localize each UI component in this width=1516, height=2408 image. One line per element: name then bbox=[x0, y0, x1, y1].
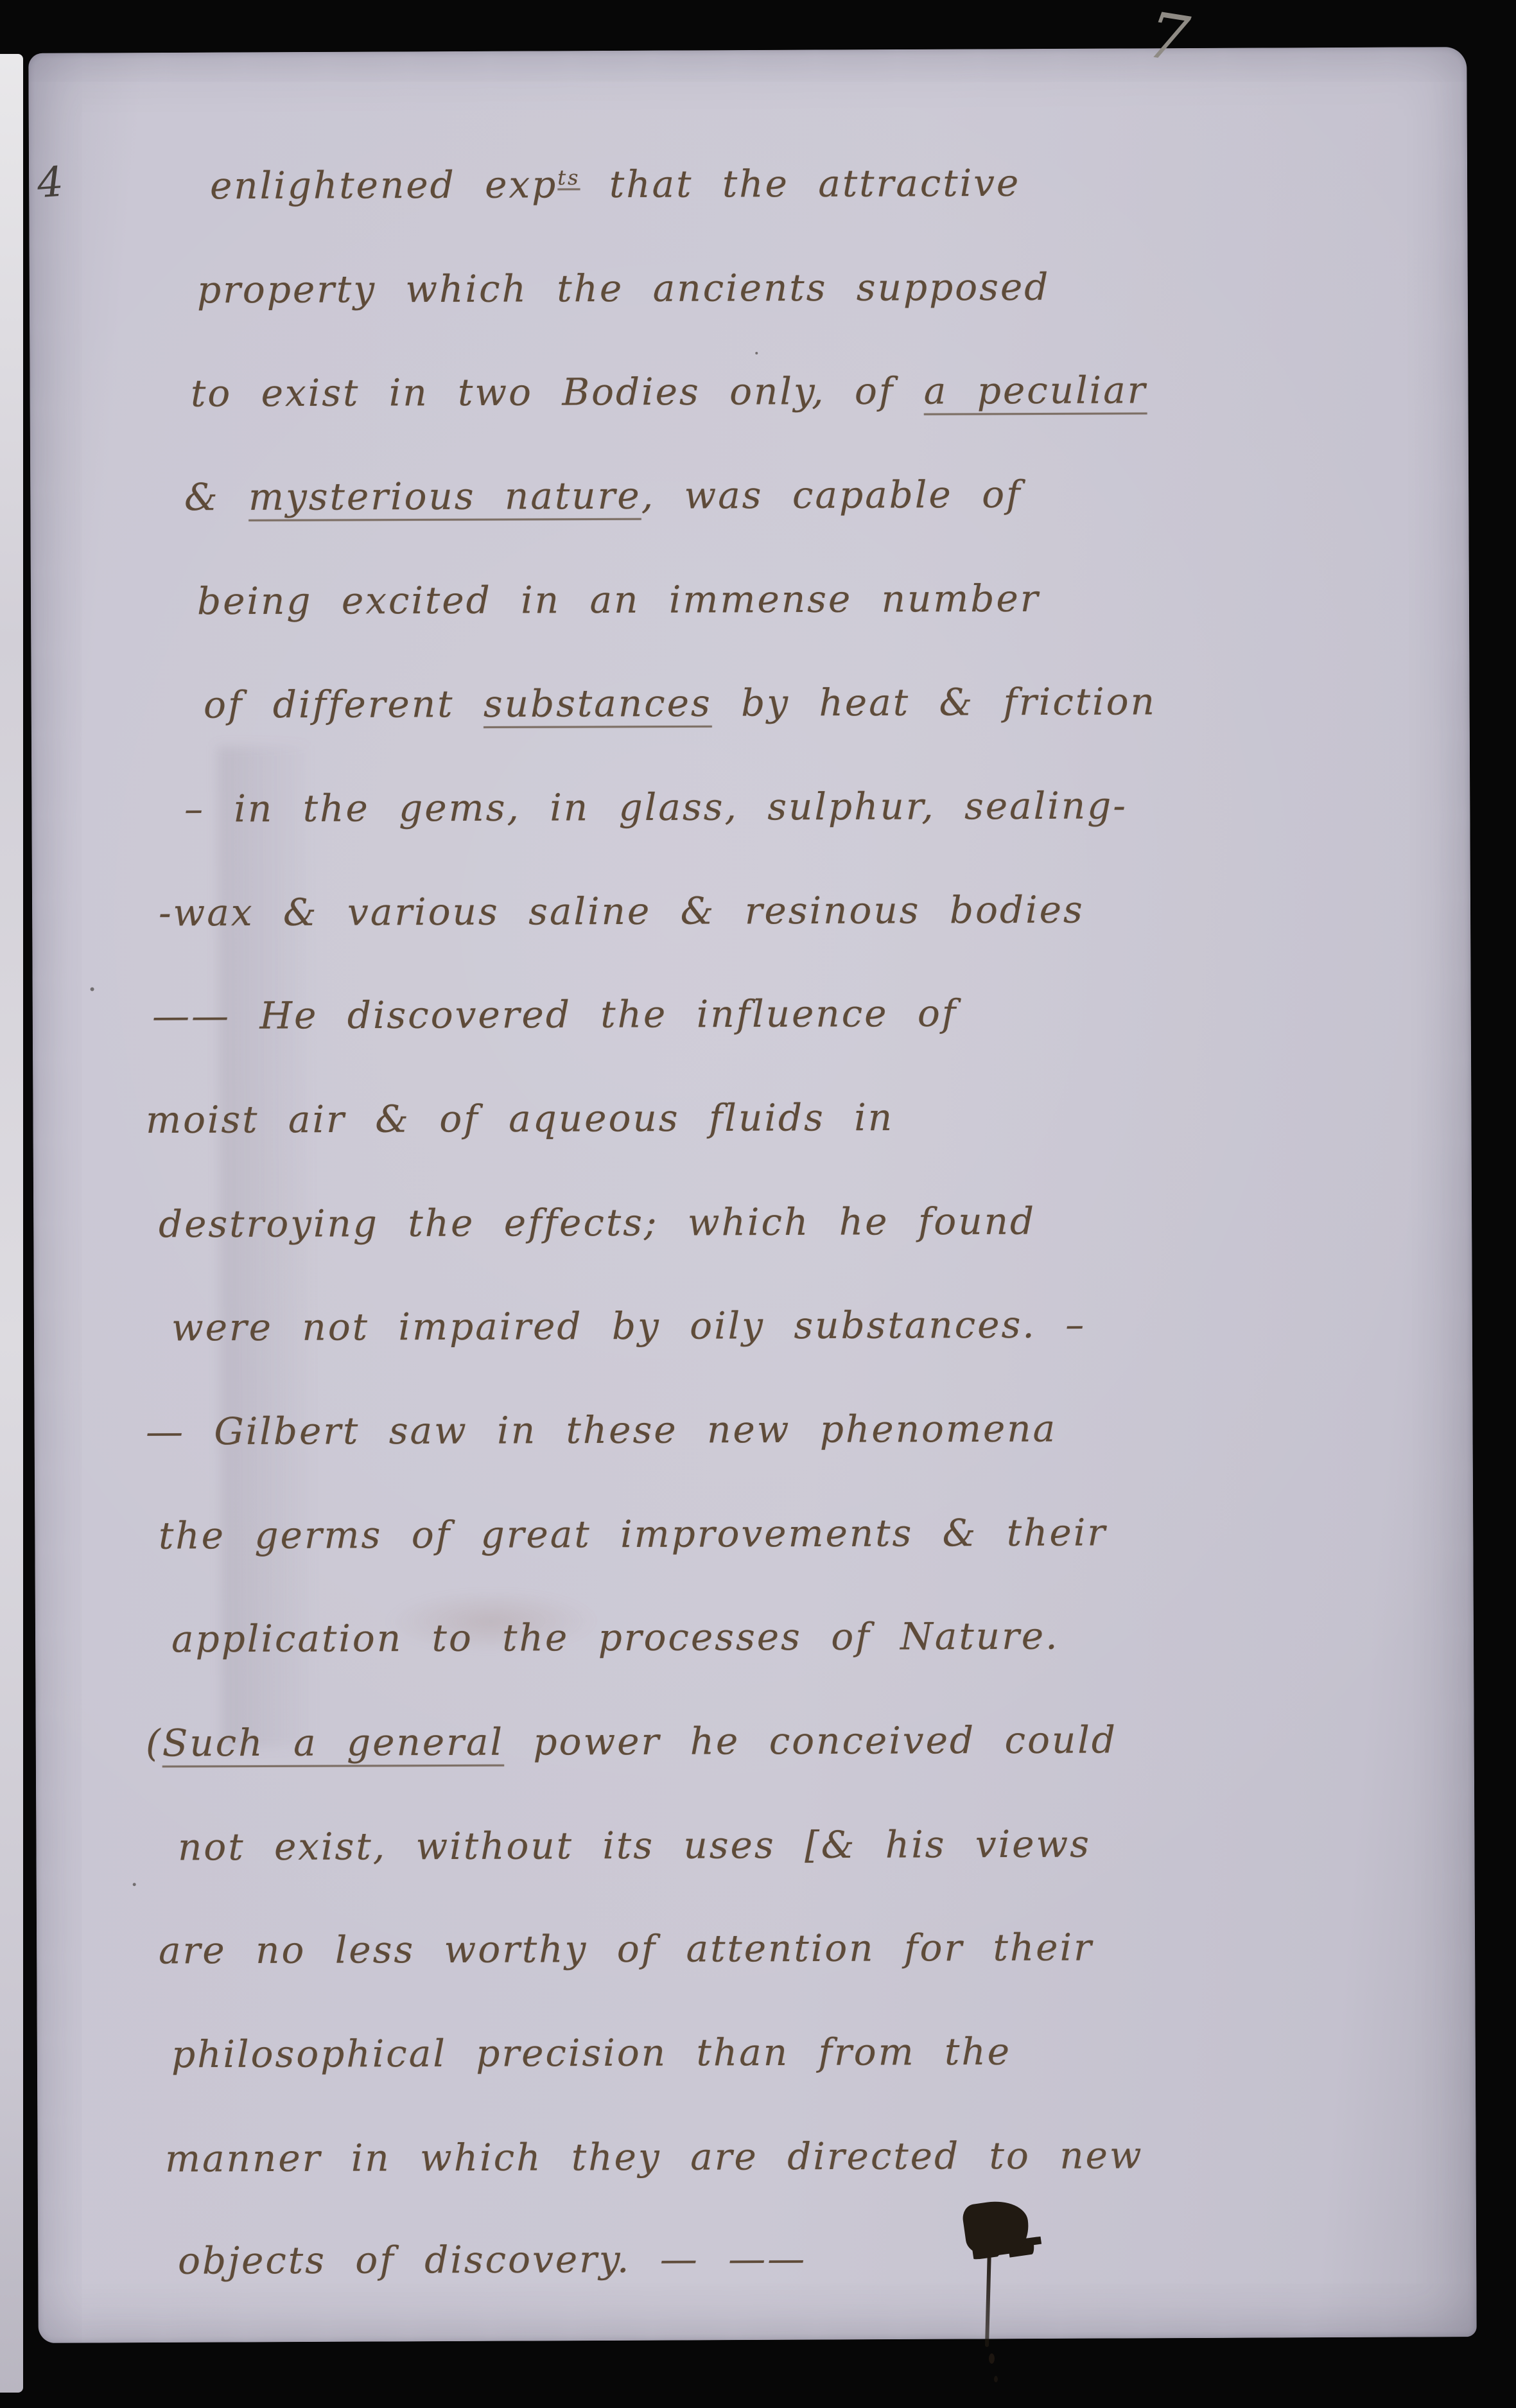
text-line: manner in which they are directed to new bbox=[165, 2133, 1144, 2180]
photo-background: { "document": { "type": "handwritten-man… bbox=[0, 0, 1516, 2408]
text-line: are no less worthy of attention for thei… bbox=[159, 1925, 1093, 1972]
text-line: objects of discovery. — —— bbox=[178, 2237, 806, 2282]
text-line: property which the ancients supposed bbox=[197, 265, 1050, 312]
underlined-text: a peculiar bbox=[924, 368, 1147, 412]
ink-blot-dot bbox=[989, 2353, 995, 2364]
underlined-text: Such a general bbox=[162, 1720, 505, 1765]
text-line: — Gilbert saw in these new phenomena bbox=[146, 1407, 1057, 1454]
text-line: were not impaired by oily substances. – bbox=[171, 1303, 1086, 1350]
ink-blot-dot bbox=[994, 2376, 998, 2382]
text-line: the germs of great improvements & their bbox=[159, 1510, 1107, 1557]
text-line: & mysterious nature, was capable of bbox=[184, 473, 1022, 519]
text-line: -wax & various saline & resinous bodies bbox=[159, 887, 1085, 934]
text-line: application to the processes of Nature. bbox=[171, 1614, 1059, 1661]
facing-page-edge bbox=[0, 54, 23, 2393]
text-line: not exist, without its uses [& his views bbox=[178, 1822, 1091, 1869]
text-line: of different substances by heat & fricti… bbox=[204, 679, 1156, 726]
text-line: —— He discovered the influence of bbox=[152, 991, 958, 1038]
text-line: – in the gems, in glass, sulphur, sealin… bbox=[184, 783, 1128, 830]
text-line: philosophical precision than from the bbox=[171, 2030, 1011, 2077]
text-line: being excited in an immense number bbox=[197, 577, 1040, 624]
manuscript-lines: enlightened expts that the attractivepro… bbox=[33, 50, 1472, 2340]
text-line: destroying the effects; which he found bbox=[159, 1200, 1036, 1246]
underlined-text: mysterious nature bbox=[248, 474, 641, 519]
text-line: enlightened expts that the attractive bbox=[210, 161, 1021, 207]
text-line: to exist in two Bodies only, of a peculi… bbox=[191, 368, 1147, 415]
text-line: moist air & of aqueous fluids in bbox=[146, 1095, 894, 1142]
page-number: 4 bbox=[35, 159, 65, 208]
superscript-text: ts bbox=[557, 165, 580, 189]
text-line: (Such a general power he conceived could bbox=[146, 1718, 1117, 1765]
underlined-text: substances bbox=[484, 681, 712, 726]
